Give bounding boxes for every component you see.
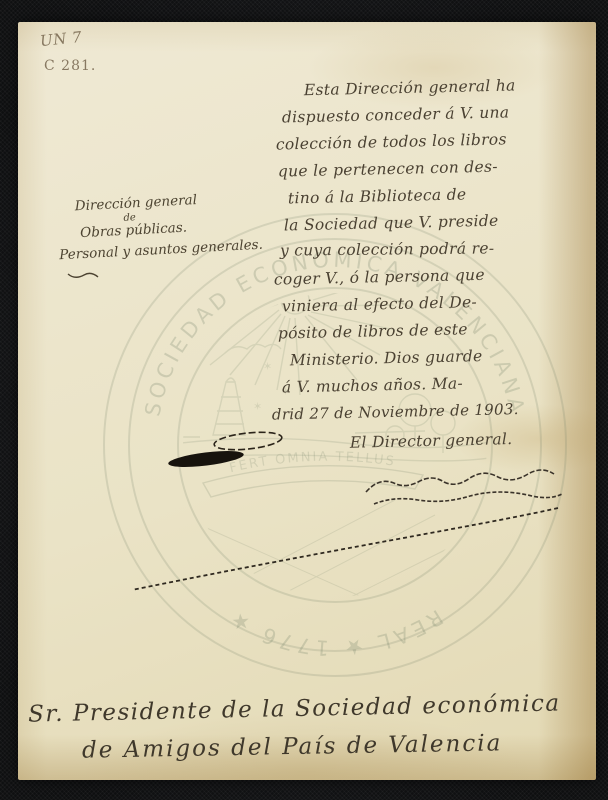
ink-blot bbox=[167, 448, 244, 470]
signature-rubric bbox=[366, 470, 562, 504]
ink-overlay bbox=[18, 22, 596, 780]
document-paper: SOCIEDAD ECONOMICA VALENCIANA REAL ★ 177… bbox=[18, 22, 596, 780]
signature-flourish bbox=[132, 508, 558, 590]
letterhead-underline-squiggle bbox=[68, 273, 98, 277]
ink-circle-mark bbox=[213, 429, 282, 452]
photograph-background: SOCIEDAD ECONOMICA VALENCIANA REAL ★ 177… bbox=[0, 0, 608, 800]
